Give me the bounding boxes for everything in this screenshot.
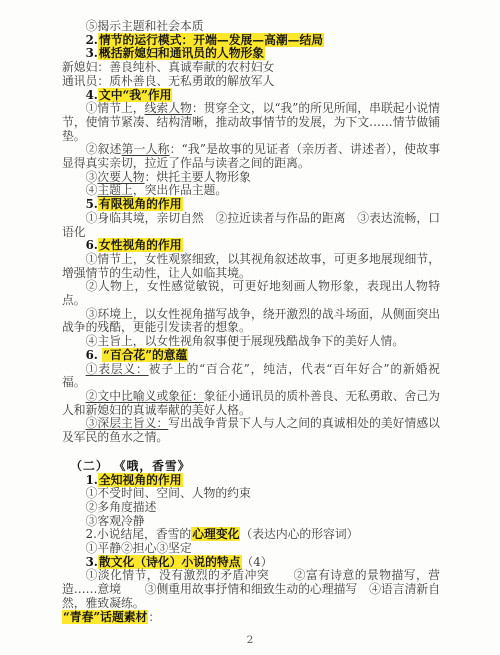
- list-number: 5.: [86, 197, 98, 211]
- highlighted-text: 概括新媳妇和通讯员的人物形象: [98, 46, 265, 60]
- highlighted-text: 情节的运行模式：开端—发展—高潮—结局: [98, 33, 324, 47]
- document-line: ①不受时间、空间、人物的约束: [62, 487, 440, 501]
- underlined-term: 线索人物: [145, 101, 192, 115]
- text-run: ，突出作品主题。: [133, 183, 227, 197]
- list-number: 4.: [86, 88, 98, 102]
- text-run: ②人物上，女性感觉敏锐，可更好地刻画人物形象，表现出人物特点。: [62, 279, 440, 307]
- list-number: 6.: [86, 348, 102, 362]
- underlined-term: 次要人物: [97, 170, 144, 184]
- underlined-term: 第一人称: [122, 142, 170, 156]
- document-line: 1.全知视角的作用: [62, 474, 440, 488]
- bold-text: （二） 《哦，香雪》: [70, 459, 190, 473]
- text-run: ③: [86, 170, 98, 184]
- text-run: ②多角度描述: [86, 500, 157, 514]
- text-run: ②叙述: [86, 142, 122, 156]
- document-line: ①情节上，女性观察细致，以其视角叙述故事，可更多地展现细节，增强情节的生动性，让…: [62, 253, 440, 280]
- underlined-term: ②文中比喻义或象征：: [86, 389, 204, 403]
- document-line: ②多角度描述: [62, 501, 440, 515]
- document-line: 6.女性视角的作用: [62, 239, 440, 253]
- underlined-term: 主题上: [97, 183, 132, 197]
- document-line: ⑤揭示主题和社会本质: [62, 20, 440, 34]
- document-line: ①平静②担心③坚定: [62, 542, 440, 556]
- text-run: 通讯员：质朴善良、无私勇敢的解放军人: [62, 74, 274, 88]
- list-number: 6.: [86, 238, 98, 252]
- document-page: ⑤揭示主题和社会本质2.情节的运行模式：开端—发展—高潮—结局3.概括新媳妇和通…: [0, 0, 500, 655]
- document-line: ②叙述第一人称：“我”是故事的见证者（亲历者、讲述者），使故事显得真实亲切，拉近…: [62, 143, 440, 170]
- document-line: 通讯员：质朴善良、无私勇敢的解放军人: [62, 75, 440, 89]
- highlighted-text: 全知视角的作用: [98, 473, 183, 487]
- list-number: 2.: [86, 33, 98, 47]
- text-run: 2.小说结尾，香雪的: [86, 527, 192, 541]
- document-line: ②文中比喻义或象征：象征小通讯员的质朴善良、无私勇敢、舍己为人和新媳妇的真诚奉献…: [62, 390, 440, 417]
- underlined-term: ③深层主旨义：: [86, 416, 169, 430]
- document-line: 6. “百合花”的意蕴: [62, 349, 440, 363]
- document-line: ①淡化情节，没有激烈的矛盾冲突 ②富有诗意的景物描写，营造……意境 ③侧重用故事…: [62, 569, 440, 610]
- text-run: ：烘托主要人物形象: [145, 170, 251, 184]
- text-run: 新媳妇：善良纯朴、真诚奉献的农村妇女: [62, 60, 274, 74]
- document-line: 4.文中“我”作用: [62, 89, 440, 103]
- highlighted-text: 有限视角的作用: [98, 197, 183, 211]
- text-run: ①情节上，: [86, 101, 145, 115]
- document-line: 5.有限视角的作用: [62, 198, 440, 212]
- page-number: 2: [0, 634, 500, 648]
- document-line: ④主旨上，以女性视角叙事便于展现残酷战争下的美好人情。: [62, 335, 440, 349]
- document-line: ②人物上，女性感觉敏锐，可更好地刻画人物形象，表现出人物特点。: [62, 280, 440, 307]
- highlighted-text: 心理变化: [191, 527, 240, 541]
- section-heading: （二） 《哦，香雪》: [62, 460, 440, 474]
- list-number: 3.: [86, 46, 98, 60]
- document-line: ③客观冷静: [62, 515, 440, 529]
- document-line: 2.小说结尾，香雪的心理变化（表达内心的形容词）: [62, 528, 440, 542]
- text-run: ：: [148, 610, 160, 624]
- document-line: ①情节上，线索人物：贯穿全文，以“我”的所见所闻，串联起小说情节，使情节紧凑、结…: [62, 102, 440, 143]
- text-run: ①淡化情节，没有激烈的矛盾冲突 ②富有诗意的景物描写，营造……意境 ③侧重用故事…: [62, 568, 440, 609]
- document-body: ⑤揭示主题和社会本质2.情节的运行模式：开端—发展—高潮—结局3.概括新媳妇和通…: [62, 20, 440, 624]
- text-run: ①不受时间、空间、人物的约束: [86, 486, 251, 500]
- document-line: 2.情节的运行模式：开端—发展—高潮—结局: [62, 34, 440, 48]
- document-line: ①表层义：被子上的“百合花”，纯洁，代表“百年好合”的新婚祝福。: [62, 363, 440, 390]
- highlighted-text: “百合花”的意蕴: [102, 348, 188, 362]
- highlighted-text: 女性视角的作用: [98, 238, 183, 252]
- document-line: 新媳妇：善良纯朴、真诚奉献的农村妇女: [62, 61, 440, 75]
- highlighted-text: 散文化（诗化）小说的特点: [98, 555, 242, 569]
- underlined-term: ①表层义：: [86, 362, 149, 376]
- text-run: （表达内心的形容词）: [240, 527, 358, 541]
- document-line: ④主题上，突出作品主题。: [62, 184, 440, 198]
- text-run: （4）: [242, 555, 273, 569]
- document-line: 3.概括新媳妇和通讯员的人物形象: [62, 47, 440, 61]
- document-line: ③深层主旨义：写出战争背景下人与人之间的真诚相处的美好情感以及军民的鱼水之情。: [62, 417, 440, 444]
- list-number: 3.: [86, 555, 98, 569]
- document-line: ③次要人物：烘托主要人物形象: [62, 171, 440, 185]
- document-line: 3.散文化（诗化）小说的特点（4）: [62, 556, 440, 570]
- list-number: 1.: [86, 473, 98, 487]
- highlighted-text: 文中“我”作用: [98, 88, 173, 102]
- document-line: “青春”话题素材：: [62, 611, 440, 625]
- text-run: ①平静②担心③坚定: [86, 541, 192, 555]
- text-run: ⑤揭示主题和社会本质: [86, 19, 204, 33]
- document-line: ③环境上，以女性视角描写战争，绕开激烈的战斗场面，从侧面突出战争的残酷，更能引发…: [62, 308, 440, 335]
- text-run: ④主旨上，以女性视角叙事便于展现残酷战争下的美好人情。: [86, 334, 405, 348]
- text-run: ①情节上，女性观察细致，以其视角叙述故事，可更多地展现细节，增强情节的生动性，让…: [62, 252, 440, 280]
- highlighted-text: “青春”话题素材: [62, 610, 148, 624]
- document-line: ①身临其境，亲切自然 ②拉近读者与作品的距离 ③表达流畅，口语化: [62, 212, 440, 239]
- text-run: ③客观冷静: [86, 514, 145, 528]
- text-run: ④: [86, 183, 98, 197]
- text-run: ③环境上，以女性视角描写战争，绕开激烈的战斗场面，从侧面突出战争的残酷，更能引发…: [62, 307, 440, 335]
- text-run: ①身临其境，亲切自然 ②拉近读者与作品的距离 ③表达流畅，口语化: [62, 211, 440, 239]
